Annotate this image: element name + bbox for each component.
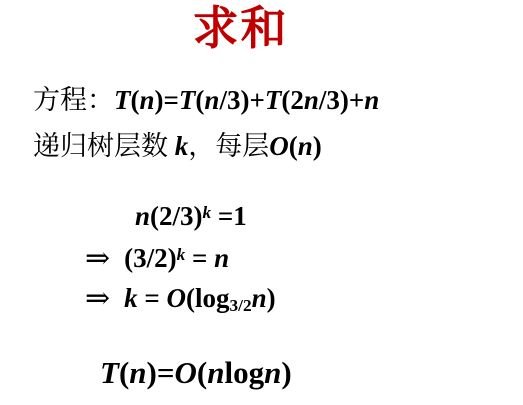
math-run: n <box>264 355 281 390</box>
implies-arrow-icon: ⇒ <box>85 282 110 315</box>
math-run: )= <box>147 355 175 390</box>
math-run: n <box>364 85 379 115</box>
math-run: k <box>177 245 186 264</box>
math-run: n <box>304 85 319 115</box>
math-run: ( <box>289 131 298 161</box>
math-run: n <box>207 355 224 390</box>
equation-three-halves: (3/2)k = n <box>124 243 229 273</box>
math-run: )= <box>155 85 179 115</box>
math-run: O <box>175 355 197 390</box>
derivation-step-2: ⇒k = O(log3/2n) <box>85 282 276 315</box>
slide-canvas: 求和 方程：T(n)=T(n/3)+T(2n/3)+n 递归树层数 k，每层O(… <box>0 0 523 405</box>
math-run: /3)+ <box>319 85 364 115</box>
math-run: O <box>167 283 187 313</box>
math-run: /3)+ <box>219 85 264 115</box>
math-run: k <box>124 283 138 313</box>
math-run: n <box>129 355 146 390</box>
math-run: n <box>135 201 150 231</box>
equation-n-two-thirds: n(2/3)k =1 <box>135 202 247 232</box>
math-run: T <box>265 85 282 115</box>
math-run: T <box>179 85 196 115</box>
math-run: n <box>298 131 313 161</box>
math-run: n <box>140 85 155 115</box>
math-run: log <box>224 355 264 390</box>
math-run: (log <box>186 283 230 313</box>
math-run: 方程： <box>33 85 114 115</box>
recursion-tree-levels-line: 递归树层数 k，每层O(n) <box>33 132 322 162</box>
math-run: =1 <box>211 201 247 231</box>
math-run: ( <box>197 355 207 390</box>
equation-k-log: k = O(log3/2n) <box>124 283 276 313</box>
math-run: ) <box>267 283 276 313</box>
math-run: T <box>100 355 119 390</box>
math-run: k <box>203 203 212 222</box>
math-run: (2/3) <box>150 201 202 231</box>
slide-title: 求和 <box>0 4 481 55</box>
math-run: ，每层 <box>188 131 269 161</box>
math-run: 递归树层数 <box>33 131 175 161</box>
math-run: ( <box>119 355 129 390</box>
implies-arrow-icon: ⇒ <box>85 242 110 275</box>
math-run: (3/2) <box>124 243 176 273</box>
math-run: (2 <box>281 85 304 115</box>
conclusion-equation: T(n)=O(nlogn) <box>100 356 292 390</box>
math-run: ) <box>313 131 322 161</box>
math-run: = <box>185 243 214 273</box>
math-run: O <box>269 131 289 161</box>
equation-definition-line: 方程：T(n)=T(n/3)+T(2n/3)+n <box>33 86 379 116</box>
math-run: ( <box>131 85 140 115</box>
math-run: 3/2 <box>230 296 252 315</box>
math-run: n <box>204 85 219 115</box>
math-run: T <box>114 85 131 115</box>
math-run: = <box>138 283 167 313</box>
math-run: ) <box>281 355 291 390</box>
math-run: n <box>214 243 229 273</box>
derivation-step-1: ⇒(3/2)k = n <box>85 242 229 275</box>
math-run: n <box>252 283 267 313</box>
math-run: k <box>175 131 189 161</box>
